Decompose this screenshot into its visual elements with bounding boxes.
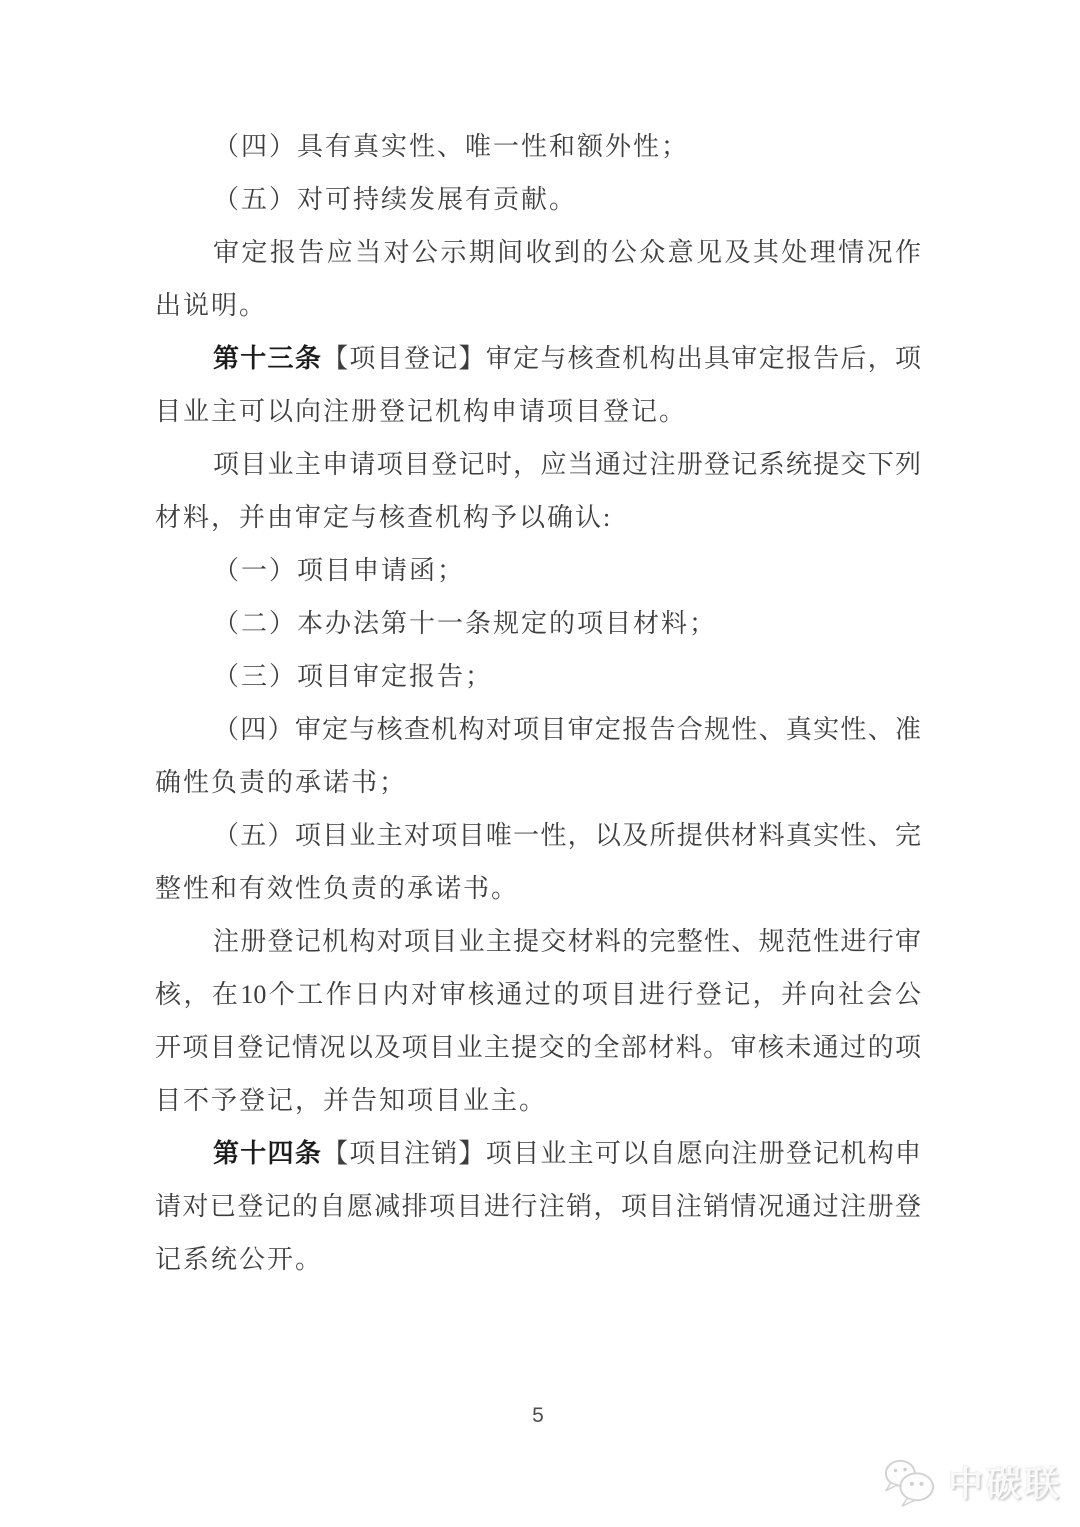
- text-segment: 【项目登记】审定与核查机构出具审定报告后，项: [322, 344, 921, 373]
- page-number: 5: [155, 1404, 921, 1428]
- text-line: 整性和有效性负责的承诺书。: [155, 862, 921, 915]
- text-segment: 项目业主申请项目登记时，应当通过注册登记系统提交下列: [213, 450, 921, 479]
- text-segment: 材料，并由审定与核查机构予以确认:: [155, 503, 612, 532]
- text-segment: 请对已登记的自愿减排项目进行注销，项目注销情况通过注册登: [155, 1192, 921, 1221]
- text-line: 核，在10个工作日内对审核通过的项目进行登记，并向社会公: [155, 968, 921, 1021]
- text-line: 开项目登记情况以及项目业主提交的全部材料。审核未通过的项: [155, 1021, 921, 1074]
- text-line: 审定报告应当对公示期间收到的公众意见及其处理情况作: [155, 226, 921, 279]
- text-line: （一）项目申请函；: [155, 544, 921, 597]
- text-line: （二）本办法第十一条规定的项目材料；: [155, 597, 921, 650]
- wechat-icon: [880, 1457, 938, 1507]
- text-segment: 审定报告应当对公示期间收到的公众意见及其处理情况作: [213, 238, 921, 267]
- text-segment: （一）项目申请函；: [213, 556, 465, 585]
- text-line: 第十三条【项目登记】审定与核查机构出具审定报告后，项: [155, 332, 921, 385]
- text-line: 记系统公开。: [155, 1233, 921, 1286]
- text-segment: 整性和有效性负责的承诺书。: [155, 874, 519, 903]
- text-line: （五）对可持续发展有贡献。: [155, 173, 921, 226]
- text-segment: （四）具有真实性、唯一性和额外性；: [213, 132, 689, 161]
- article-number: 第十四条: [213, 1139, 322, 1168]
- text-segment: （五）对可持续发展有贡献。: [213, 185, 577, 214]
- text-segment: 目业主可以向注册登记机构申请项目登记。: [155, 397, 687, 426]
- text-segment: 核，在10个工作日内对审核通过的项目进行登记，并向社会公: [155, 980, 921, 1009]
- text-segment: 记系统公开。: [155, 1245, 323, 1274]
- article-number: 第十三条: [213, 344, 322, 373]
- text-line: （四）审定与核查机构对项目审定报告合规性、真实性、准: [155, 703, 921, 756]
- text-segment: （三）项目审定报告；: [213, 662, 493, 691]
- text-line: （四）具有真实性、唯一性和额外性；: [155, 120, 921, 173]
- text-segment: （二）本办法第十一条规定的项目材料；: [213, 609, 717, 638]
- text-line: 出说明。: [155, 279, 921, 332]
- watermark-brand: 中碳联: [948, 1457, 1062, 1507]
- text-line: 目不予登记，并告知项目业主。: [155, 1074, 921, 1127]
- text-segment: 出说明。: [155, 291, 267, 320]
- text-segment: 【项目注销】项目业主可以自愿向注册登记机构申: [322, 1139, 921, 1168]
- text-segment: （五）项目业主对项目唯一性，以及所提供材料真实性、完: [213, 821, 921, 850]
- watermark: 中碳联: [880, 1457, 1062, 1507]
- text-segment: 目不予登记，并告知项目业主。: [155, 1086, 547, 1115]
- text-segment: 确性负责的承诺书；: [155, 768, 407, 797]
- text-line: 项目业主申请项目登记时，应当通过注册登记系统提交下列: [155, 438, 921, 491]
- text-segment: 开项目登记情况以及项目业主提交的全部材料。审核未通过的项: [155, 1033, 921, 1062]
- text-line: 请对已登记的自愿减排项目进行注销，项目注销情况通过注册登: [155, 1180, 921, 1233]
- text-line: 第十四条【项目注销】项目业主可以自愿向注册登记机构申: [155, 1127, 921, 1180]
- text-segment: （四）审定与核查机构对项目审定报告合规性、真实性、准: [213, 715, 921, 744]
- text-line: （三）项目审定报告；: [155, 650, 921, 703]
- text-segment: 注册登记机构对项目业主提交材料的完整性、规范性进行审: [213, 927, 921, 956]
- document-body: （四）具有真实性、唯一性和额外性；（五）对可持续发展有贡献。审定报告应当对公示期…: [155, 120, 921, 1286]
- text-line: 确性负责的承诺书；: [155, 756, 921, 809]
- document-page: （四）具有真实性、唯一性和额外性；（五）对可持续发展有贡献。审定报告应当对公示期…: [0, 0, 1080, 1527]
- text-line: （五）项目业主对项目唯一性，以及所提供材料真实性、完: [155, 809, 921, 862]
- text-line: 注册登记机构对项目业主提交材料的完整性、规范性进行审: [155, 915, 921, 968]
- text-line: 目业主可以向注册登记机构申请项目登记。: [155, 385, 921, 438]
- text-line: 材料，并由审定与核查机构予以确认:: [155, 491, 921, 544]
